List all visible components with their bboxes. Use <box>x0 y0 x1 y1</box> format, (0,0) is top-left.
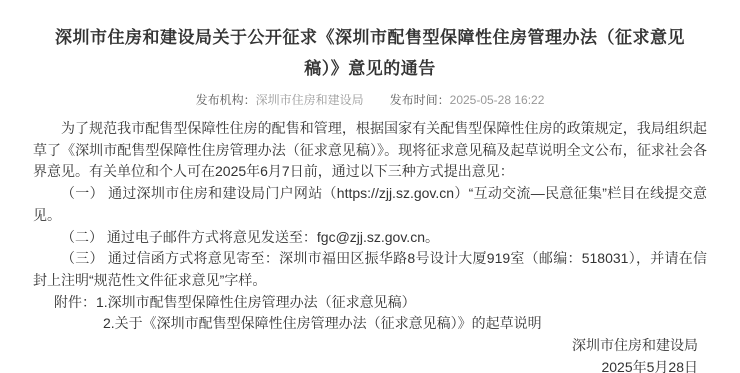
signature-date: 2025年5月28日 <box>33 357 707 373</box>
intro-paragraph: 为了规范我市配售型保障性住房的配售和管理，根据国家有关配售型保障性住房的政策规定… <box>33 118 707 183</box>
publisher-label: 发布机构： <box>196 93 256 107</box>
method-item-email: （二） 通过电子邮件方式将意见发送至：fgc@zjj.sz.gov.cn。 <box>33 227 707 249</box>
publish-time-label: 发布时间： <box>390 93 450 107</box>
notice-page: 深圳市住房和建设局关于公开征求《深圳市配售型保障性住房管理办法（征求意见稿）》意… <box>0 0 740 373</box>
publish-time-value: 2025-05-28 16:22 <box>450 93 545 107</box>
attachment-item-1: 1.深圳市配售型保障性住房管理办法（征求意见稿） <box>96 294 416 310</box>
notice-body: 为了规范我市配售型保障性住房的配售和管理，根据国家有关配售型保障性住房的政策规定… <box>33 118 707 373</box>
publish-meta: 发布机构：深圳市住房和建设局发布时间：2025-05-28 16:22 <box>33 91 707 109</box>
signature-org: 深圳市住房和建设局 <box>33 335 707 357</box>
page-title: 深圳市住房和建设局关于公开征求《深圳市配售型保障性住房管理办法（征求意见稿）》意… <box>39 22 701 84</box>
method-item-mail: （三） 通过信函方式将意见寄至：深圳市福田区振华路8号设计大厦919室（邮编：5… <box>33 248 707 291</box>
method-item-website: （一） 通过深圳市住房和建设局门户网站（https://zjj.sz.gov.c… <box>33 183 707 226</box>
attachments-label: 附件： <box>54 294 96 310</box>
attachment-item-2: 2.关于《深圳市配售型保障性住房管理办法（征求意见稿）》的起草说明 <box>33 313 707 335</box>
attachment-line-1: 附件：1.深圳市配售型保障性住房管理办法（征求意见稿） <box>33 292 707 314</box>
publisher-value: 深圳市住房和建设局 <box>256 93 364 107</box>
